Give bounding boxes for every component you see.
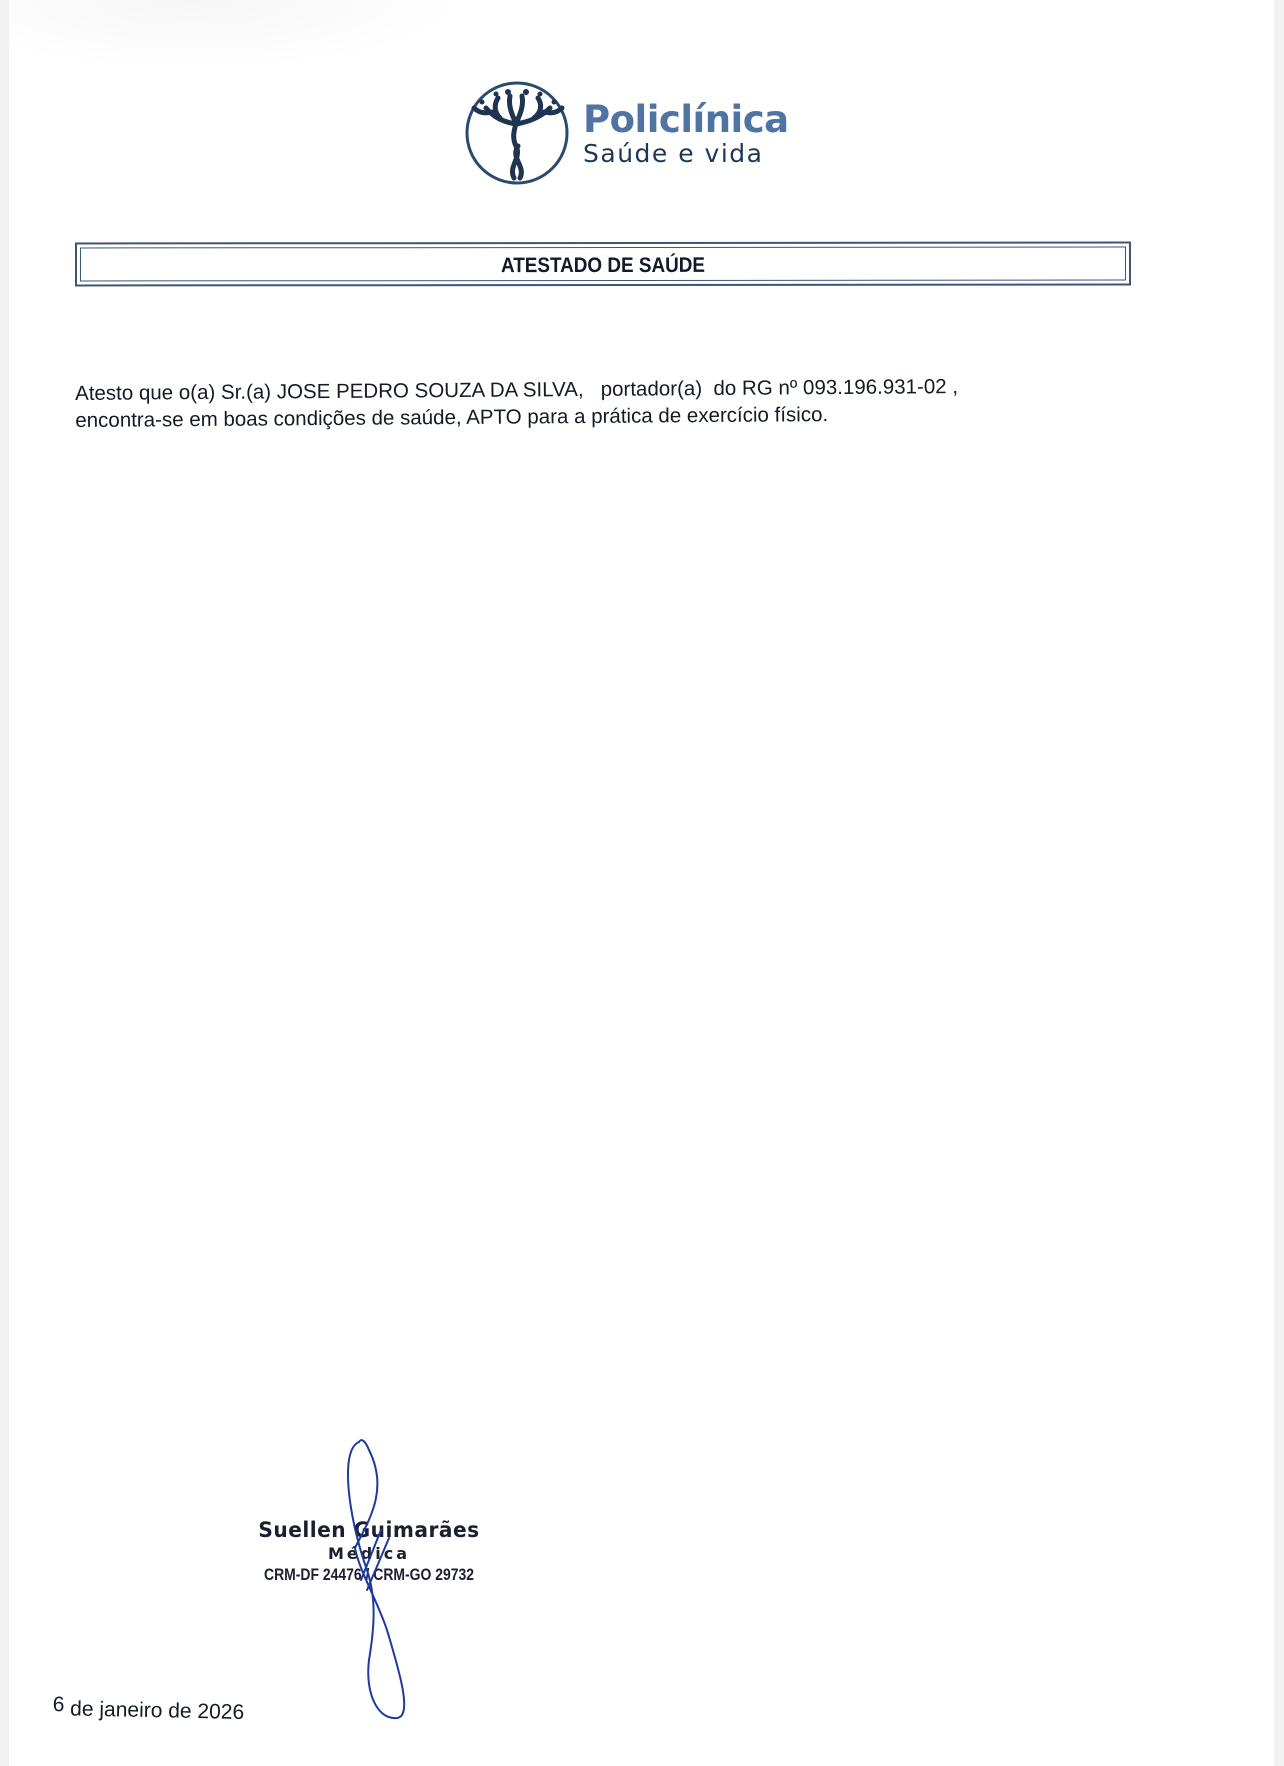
scan-shadow: [9, 0, 469, 70]
date-day: 6: [53, 1693, 65, 1716]
certificate-body: Atesto que o(a) Sr.(a) JOSE PEDRO SOUZA …: [75, 372, 1075, 434]
handwritten-signature-icon: [329, 1430, 449, 1730]
document-title-box: ATESTADO DE SAÚDE: [75, 242, 1131, 287]
date-month-year: de janeiro de 2026: [64, 1697, 244, 1724]
tree-in-circle-icon: [464, 78, 574, 188]
issue-date: 6 de janeiro de 2026: [52, 1693, 244, 1725]
brand-tagline: Saúde e vida: [583, 139, 764, 168]
document-page: Policlínica Saúde e vida ATESTADO DE SAÚ…: [9, 0, 1274, 1766]
brand-name: Policlínica: [583, 98, 789, 141]
document-title: ATESTADO DE SAÚDE: [130, 254, 1077, 279]
